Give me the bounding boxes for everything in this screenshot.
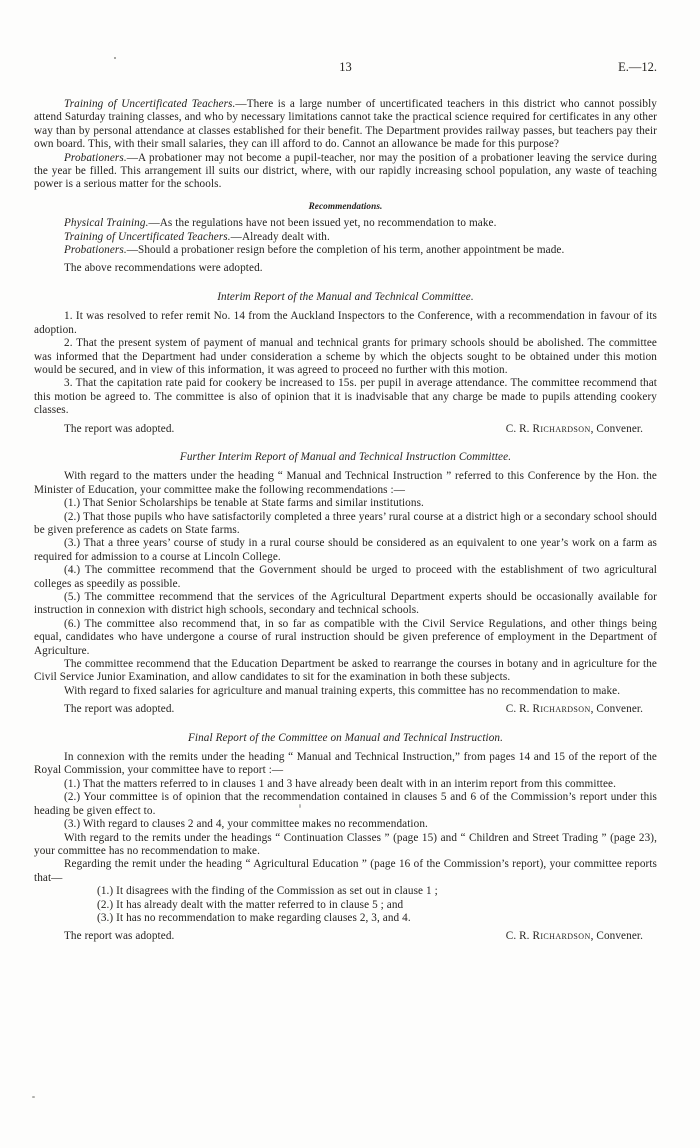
final-subitem-2: (2.) It has already dealt with the matte…: [34, 899, 657, 912]
paragraph-lead: Physical Training.: [64, 217, 148, 229]
paragraph-lead: Training of Uncertificated Teachers.: [64, 98, 235, 110]
further-paragraph-botany: The committee recommend that the Educati…: [34, 658, 657, 685]
signature-suffix: , Convener.: [591, 930, 643, 942]
convener-signature: C. R. Richardson, Convener.: [506, 930, 643, 943]
recommendation-training-teachers: Training of Uncertificated Teachers.—Alr…: [34, 231, 657, 244]
paragraph-probationers: Probationers.—A probationer may not beco…: [34, 152, 657, 192]
signature-name: Richardson: [532, 703, 590, 715]
paragraph-text: —Should a probationer resign before the …: [127, 244, 565, 256]
further-item-2: (2.) That those pupils who have satisfac…: [34, 511, 657, 538]
report-adoption-line: The report was adopted. C. R. Richardson…: [34, 930, 657, 943]
paragraph-lead: Probationers.: [64, 152, 127, 164]
final-item-2: (2.) Your committee is of opinion that t…: [34, 791, 657, 818]
scan-speck: [114, 57, 116, 59]
report-adopted-text: The report was adopted.: [64, 703, 174, 716]
signature-name: Richardson: [532, 930, 590, 942]
signature-suffix: , Convener.: [591, 703, 643, 715]
paragraph-text: —As the regulations have not been issued…: [148, 217, 496, 229]
final-subitem-3: (3.) It has no recommendation to make re…: [34, 912, 657, 925]
page-body: Training of Uncertificated Teachers.—The…: [34, 98, 657, 944]
final-item-3: (3.) With regard to clauses 2 and 4, you…: [34, 818, 657, 831]
paragraph-text: —Already dealt with.: [231, 231, 330, 243]
interim-paragraph-1: 1. It was resolved to refer remit No. 14…: [34, 310, 657, 337]
further-item-3: (3.) That a three years’ course of study…: [34, 537, 657, 564]
interim-paragraph-2: 2. That the present system of payment of…: [34, 337, 657, 377]
convener-signature: C. R. Richardson, Convener.: [506, 423, 643, 436]
further-paragraph-intro: With regard to the matters under the hea…: [34, 470, 657, 497]
scan-speck: [32, 1096, 35, 1098]
further-item-1: (1.) That Senior Scholarships be tenable…: [34, 497, 657, 510]
paragraph-text: —A probationer may not become a pupil-te…: [34, 152, 657, 191]
paragraph-lead: Training of Uncertificated Teachers.: [64, 231, 231, 243]
report-adopted-text: The report was adopted.: [64, 930, 174, 943]
report-adopted-text: The report was adopted.: [64, 423, 174, 436]
convener-signature: C. R. Richardson, Convener.: [506, 703, 643, 716]
heading-interim-report: Interim Report of the Manual and Technic…: [34, 291, 657, 304]
final-paragraph-remits: With regard to the remits under the head…: [34, 832, 657, 859]
signature-prefix: C. R.: [506, 930, 533, 942]
final-item-1: (1.) That the matters referred to in cla…: [34, 778, 657, 791]
final-subitem-1: (1.) It disagrees with the finding of th…: [34, 885, 657, 898]
paragraph-lead: Probationers.: [64, 244, 127, 256]
recommendation-physical-training: Physical Training.—As the regulations ha…: [34, 217, 657, 230]
signature-suffix: , Convener.: [591, 423, 643, 435]
final-paragraph-intro: In connexion with the remits under the h…: [34, 751, 657, 778]
heading-recommendations: Recommendations.: [34, 200, 657, 213]
signature-name: Richardson: [532, 423, 590, 435]
page-number: 13: [34, 60, 657, 75]
further-item-5: (5.) The committee recommend that the se…: [34, 591, 657, 618]
recommendation-probationers: Probationers.—Should a probationer resig…: [34, 244, 657, 257]
paragraph-training-uncertificated-teachers: Training of Uncertificated Teachers.—The…: [34, 98, 657, 152]
signature-prefix: C. R.: [506, 423, 533, 435]
scan-speck: [299, 804, 301, 808]
signature-prefix: C. R.: [506, 703, 533, 715]
heading-further-interim-report: Further Interim Report of Manual and Tec…: [34, 451, 657, 464]
doc-reference: E.—12.: [618, 60, 657, 75]
final-paragraph-agricultural-education: Regarding the remit under the heading “ …: [34, 858, 657, 885]
recommendations-adopted-line: The above recommendations were adopted.: [34, 262, 657, 275]
further-item-4: (4.) The committee recommend that the Go…: [34, 564, 657, 591]
document-page: 13 E.—12. Training of Uncertificated Tea…: [0, 0, 700, 1148]
page-header: 13 E.—12.: [34, 60, 657, 76]
interim-paragraph-3: 3. That the capitation rate paid for coo…: [34, 377, 657, 417]
report-adoption-line: The report was adopted. C. R. Richardson…: [34, 703, 657, 716]
further-item-6: (6.) The committee also recommend that, …: [34, 618, 657, 658]
report-adoption-line: The report was adopted. C. R. Richardson…: [34, 423, 657, 436]
heading-final-report: Final Report of the Committee on Manual …: [34, 732, 657, 745]
further-paragraph-salaries: With regard to fixed salaries for agricu…: [34, 685, 657, 698]
